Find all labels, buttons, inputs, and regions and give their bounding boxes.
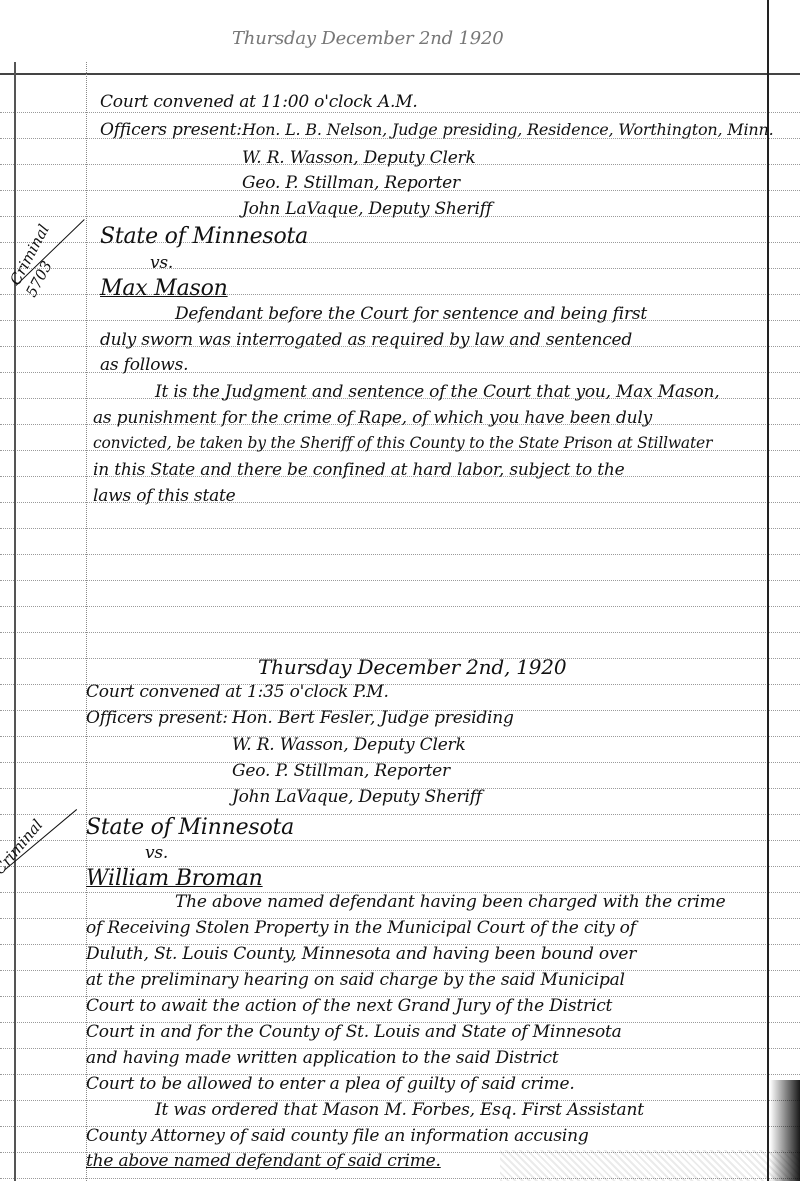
versus-label: vs. (150, 255, 173, 272)
officer-reporter: Geo. P. Stillman, Reporter (242, 175, 460, 192)
paragraph-line: Defendant before the Court for sentence … (175, 306, 647, 323)
paragraph-line: laws of this state (93, 488, 236, 505)
officer-judge: Hon. L. B. Nelson, Judge presiding, Resi… (242, 122, 773, 138)
right-margin-line (767, 0, 769, 1181)
paragraph-line: the above named defendant of said crime. (86, 1153, 441, 1170)
ruled-line (0, 632, 800, 633)
paragraph-line: Court to await the action of the next Gr… (86, 998, 612, 1015)
paragraph-line: It was ordered that Mason M. Forbes, Esq… (155, 1102, 644, 1119)
ledger-page: Thursday December 2nd 1920 Court convene… (0, 0, 800, 1181)
paragraph-line: in this State and there be confined at h… (93, 462, 625, 479)
header-rule (0, 73, 800, 75)
paragraph-line: convicted, be taken by the Sheriff of th… (93, 436, 712, 452)
ruled-line (0, 112, 800, 113)
officers-present-label: Officers present: (100, 122, 242, 139)
court-convened-line: Court convened at 11:00 o'clock A.M. (100, 94, 418, 111)
officer-judge: Hon. Bert Fesler, Judge presiding (232, 710, 514, 727)
paragraph-line: County Attorney of said county file an i… (86, 1128, 589, 1145)
versus-label: vs. (145, 845, 168, 862)
date-heading: Thursday December 2nd, 1920 (258, 657, 566, 677)
paragraph-line: and having made written application to t… (86, 1050, 558, 1067)
defendant-name: William Broman (86, 868, 263, 890)
paragraph-line: duly sworn was interrogated as required … (100, 332, 632, 349)
court-convened-line: Court convened at 1:35 o'clock P.M. (86, 684, 389, 701)
ruled-line (0, 840, 800, 841)
officer-reporter: Geo. P. Stillman, Reporter (232, 763, 450, 780)
ruled-line (0, 528, 800, 529)
plaintiff-name: State of Minnesota (100, 226, 308, 248)
ruled-line (0, 268, 800, 269)
plaintiff-name: State of Minnesota (86, 817, 294, 839)
paragraph-line: The above named defendant having been ch… (175, 894, 725, 911)
paragraph-line: as punishment for the crime of Rape, of … (93, 410, 652, 427)
paragraph-line: Duluth, St. Louis County, Minnesota and … (86, 946, 636, 963)
officer-sheriff: John LaVaque, Deputy Sheriff (232, 789, 482, 806)
ruled-line (0, 580, 800, 581)
defendant-name: Max Mason (100, 278, 228, 300)
ruled-line (0, 554, 800, 555)
officer-clerk: W. R. Wasson, Deputy Clerk (232, 737, 466, 754)
officers-present-label: Officers present: (86, 710, 228, 727)
page-header-date: Thursday December 2nd 1920 (232, 30, 503, 48)
officer-clerk: W. R. Wasson, Deputy Clerk (242, 150, 476, 167)
paragraph-line: It is the Judgment and sentence of the C… (155, 384, 719, 401)
scan-noise (500, 1150, 800, 1181)
paragraph-line: Court in and for the County of St. Louis… (86, 1024, 622, 1041)
paragraph-line: as follows. (100, 357, 188, 374)
paragraph-line: Court to be allowed to enter a plea of g… (86, 1076, 575, 1093)
officer-sheriff: John LaVaque, Deputy Sheriff (242, 201, 492, 218)
paragraph-line: of Receiving Stolen Property in the Muni… (86, 920, 636, 937)
paragraph-line: at the preliminary hearing on said charg… (86, 972, 625, 989)
binding-edge-line (14, 62, 16, 1181)
ruled-line (0, 606, 800, 607)
